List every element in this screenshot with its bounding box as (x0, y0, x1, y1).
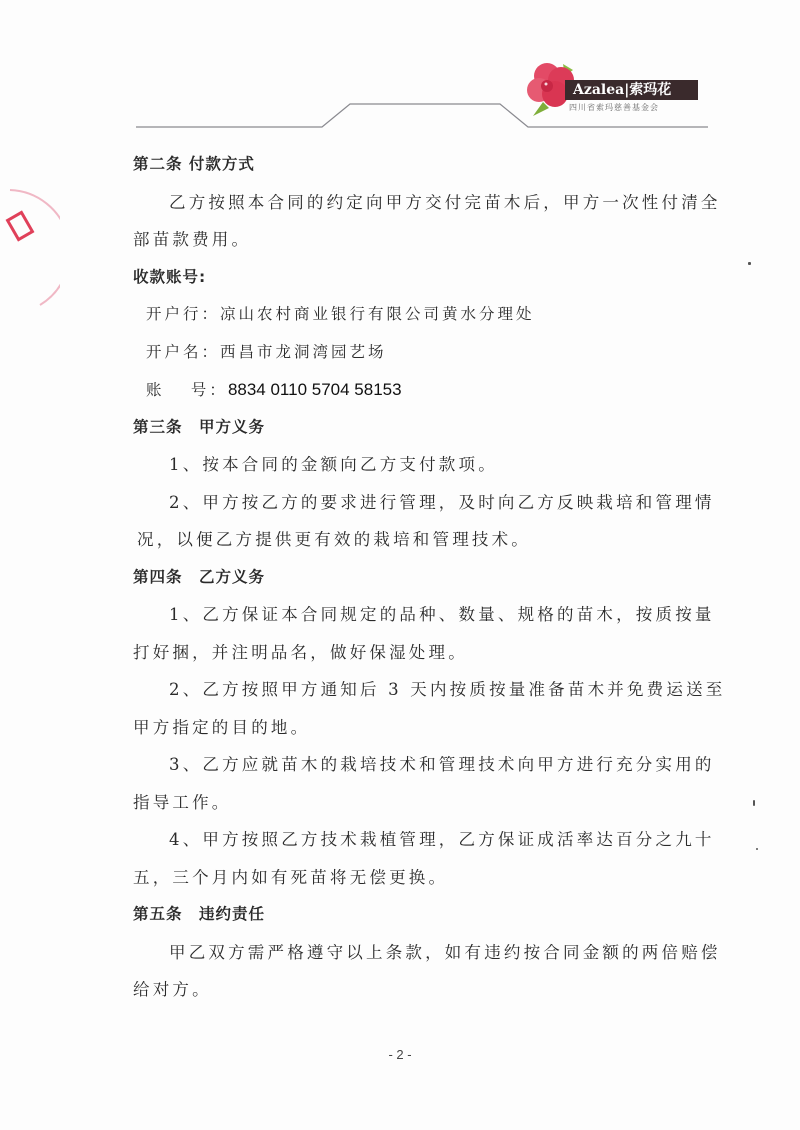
article-2-text-line-2: 部苗款费用。 (133, 221, 693, 259)
scan-speck (753, 800, 755, 806)
article-3-item-2-line-2: 况，以便乙方提供更有效的栽培和管理技术。 (133, 521, 693, 559)
account-number-value: 8834 0110 5704 58153 (228, 380, 402, 399)
logo-brand-cn: 索玛花 (629, 82, 671, 98)
page-number: - 2 - (0, 1047, 800, 1062)
article-4-item-1-line-1: 1、乙方保证本合同规定的品种、数量、规格的苗木，按质按量 (133, 596, 693, 634)
article-3-item-1: 1、按本合同的金额向乙方支付款项。 (133, 446, 693, 484)
red-seal-stamp-icon (0, 185, 60, 325)
account-heading: 收款账号: (133, 259, 693, 297)
article-4-item-3-line-1: 3、乙方应就苗木的栽培技术和管理技术向甲方进行充分实用的 (133, 746, 693, 784)
account-number-label: 账 号： (146, 381, 228, 399)
article-2-text-line-1: 乙方按照本合同的约定向甲方交付完苗木后，甲方一次性付清全 (133, 184, 693, 222)
article-4-item-4-line-1: 4、甲方按照乙方技术栽植管理，乙方保证成活率达百分之九十 (133, 821, 693, 859)
article-3-item-2-line-1: 2、甲方按乙方的要求进行管理，及时向乙方反映栽培和管理情 (133, 484, 693, 522)
article-2-heading: 第二条 付款方式 (133, 146, 693, 184)
account-number-row: 账 号：8834 0110 5704 58153 (133, 371, 693, 409)
article-5-text-line-2: 给对方。 (133, 971, 693, 1009)
logo-brand-band: Azalea|索玛花 (565, 80, 698, 100)
article-4-item-2-line-1: 2、乙方按照甲方通知后 3 天内按质按量准备苗木并免费运送至 (133, 671, 693, 709)
account-bank-value: 凉山农村商业银行有限公司黄水分理处 (220, 305, 535, 323)
account-name-label: 开户名： (146, 343, 220, 361)
article-4-item-2-line-2: 甲方指定的目的地。 (133, 709, 693, 747)
article-4-item-1-line-2: 打好捆，并注明品名，做好保湿处理。 (133, 634, 693, 672)
account-bank-row: 开户行：凉山农村商业银行有限公司黄水分理处 (133, 296, 693, 334)
account-name-value: 西昌市龙洞湾园艺场 (220, 343, 387, 361)
logo-brand-en: Azalea (573, 82, 624, 98)
foundation-logo: Azalea|索玛花 四川省索玛慈善基金会 (525, 58, 700, 123)
article-4-item-4-line-2: 五，三个月内如有死苗将无偿更换。 (133, 859, 693, 897)
article-5-heading: 第五条 违约责任 (133, 896, 693, 934)
account-bank-label: 开户行： (146, 305, 220, 323)
article-3-heading: 第三条 甲方义务 (133, 409, 693, 447)
scan-speck (748, 262, 751, 265)
document-body: 第二条 付款方式 乙方按照本合同的约定向甲方交付完苗木后，甲方一次性付清全 部苗… (133, 146, 693, 1009)
article-4-item-3-line-2: 指导工作。 (133, 784, 693, 822)
logo-subtitle: 四川省索玛慈善基金会 (569, 102, 659, 113)
article-5-text-line-1: 甲乙双方需严格遵守以上条款，如有违约按合同金额的两倍赔偿 (133, 934, 693, 972)
article-4-heading: 第四条 乙方义务 (133, 559, 693, 597)
account-name-row: 开户名：西昌市龙洞湾园艺场 (133, 334, 693, 372)
scan-speck (756, 848, 758, 850)
